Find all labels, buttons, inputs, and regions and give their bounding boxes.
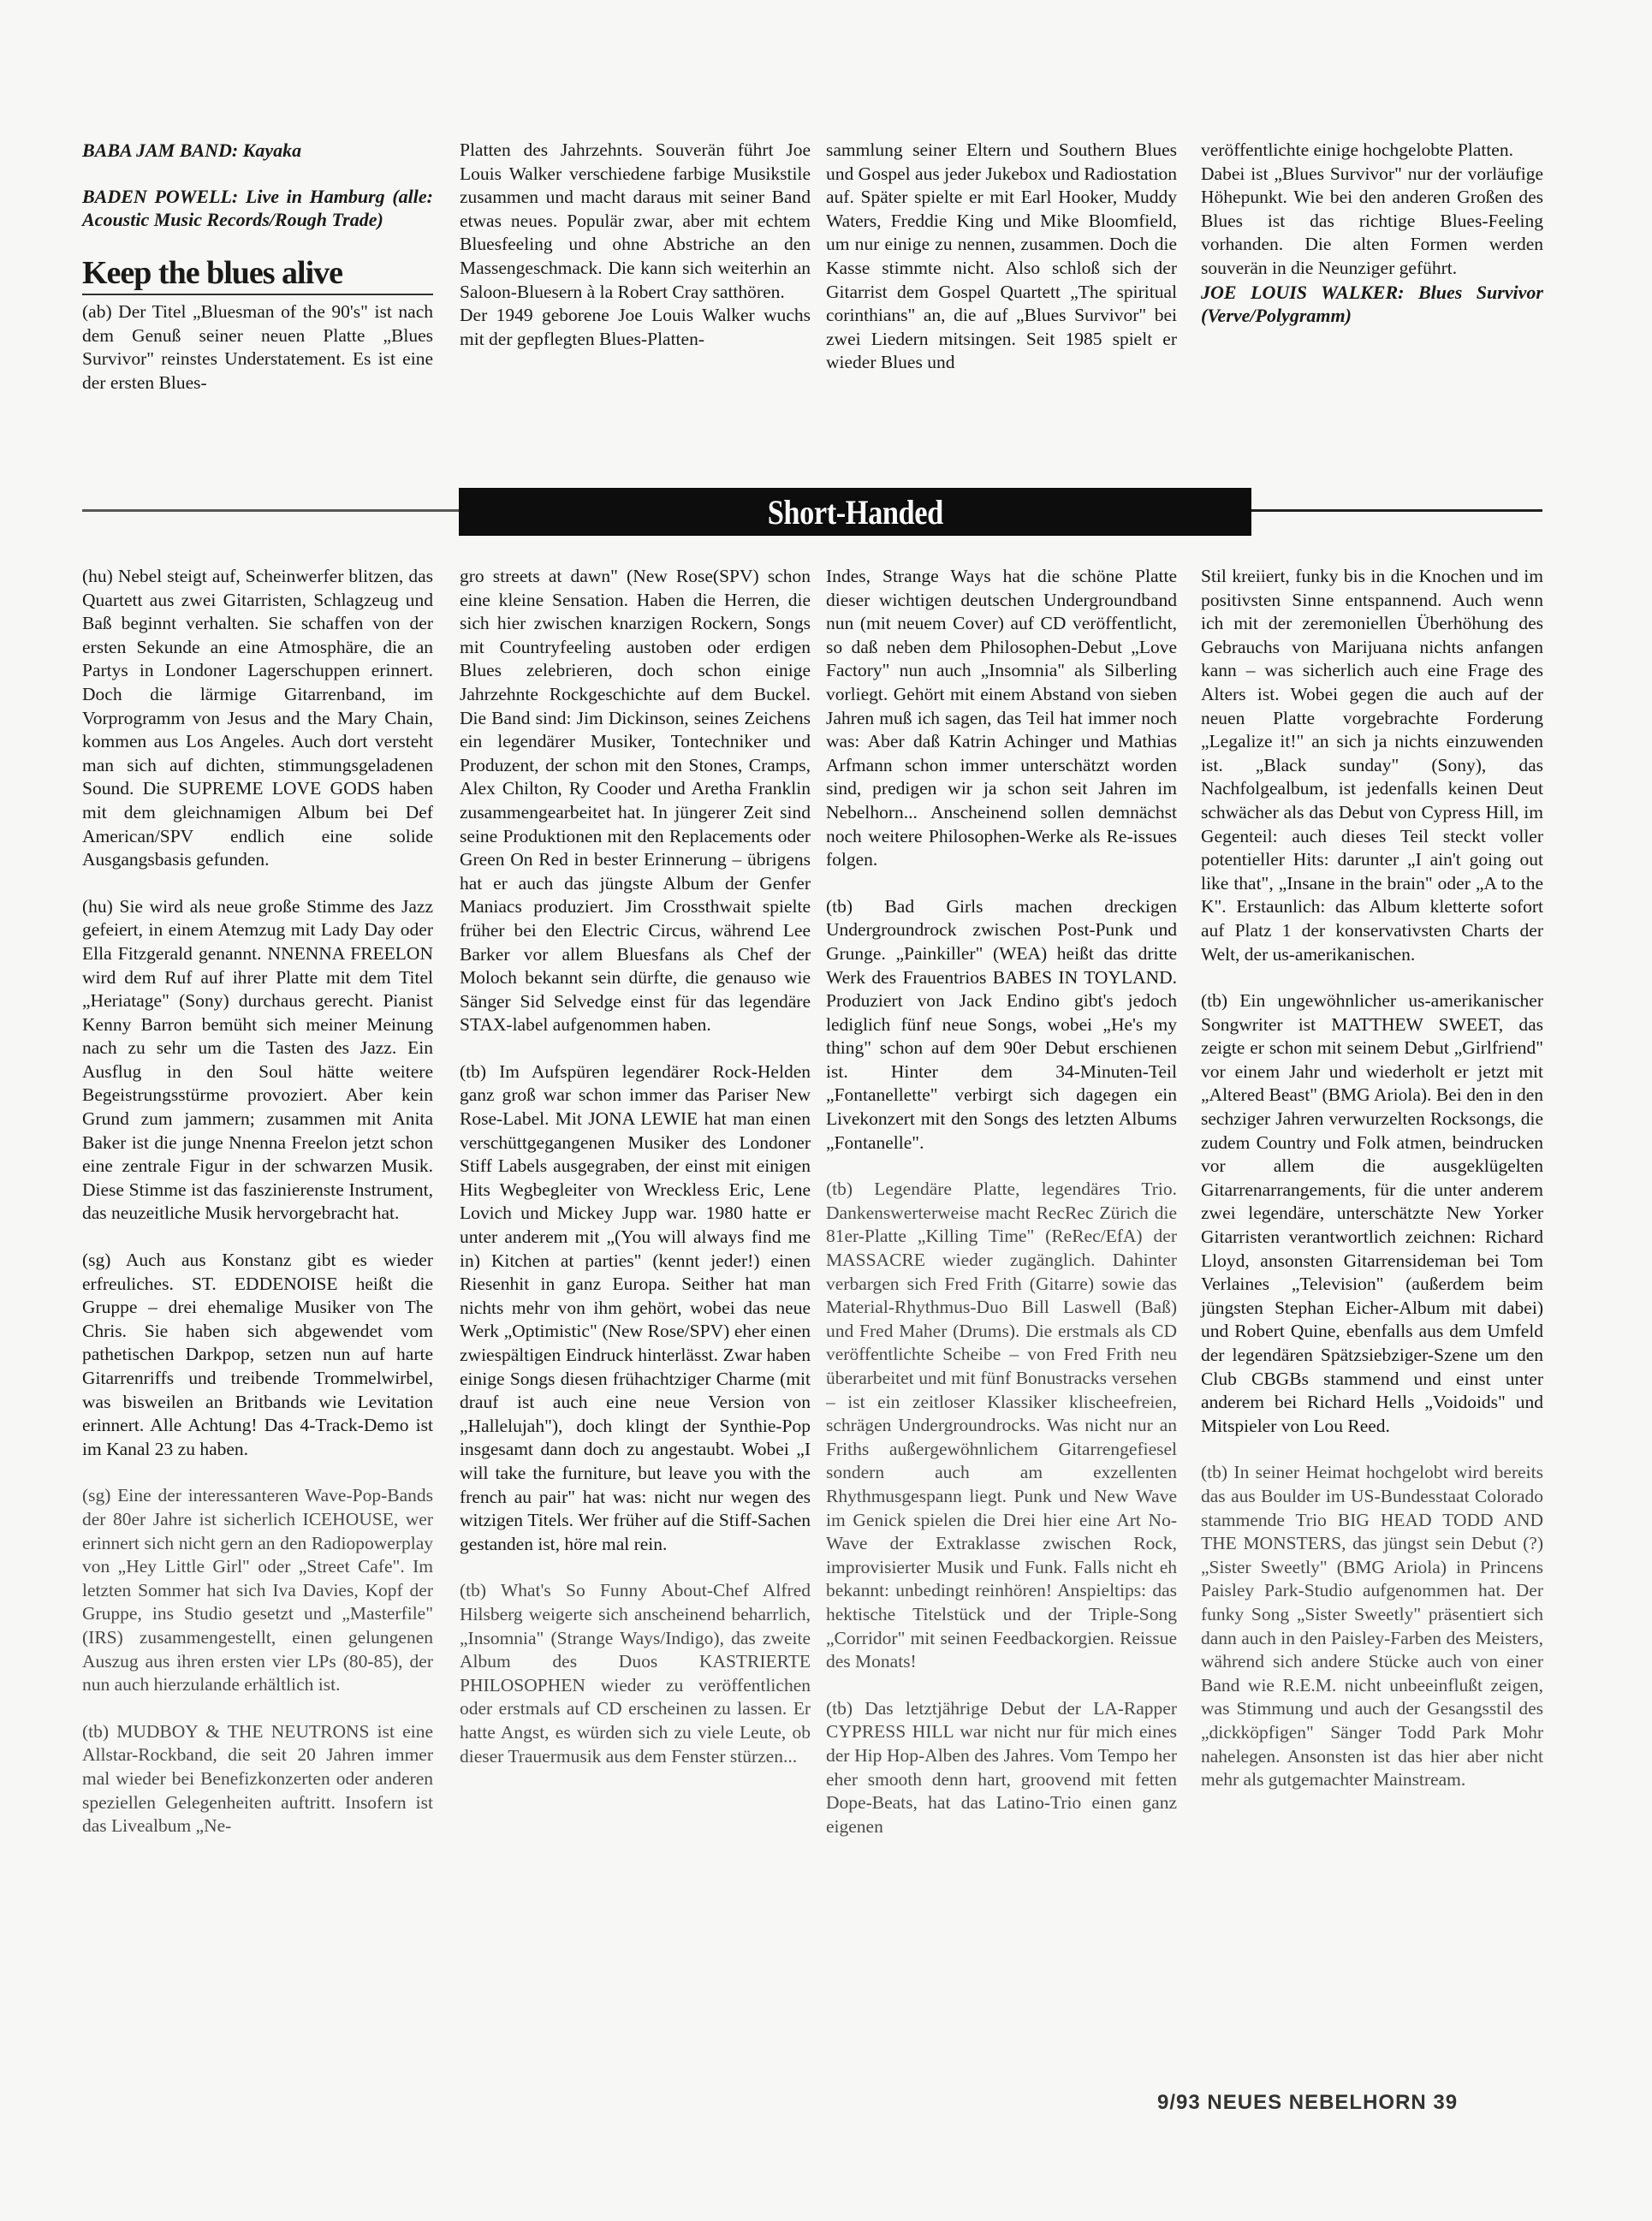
article-headline: Keep the blues alive: [82, 254, 433, 295]
section-divider-left: [82, 509, 459, 512]
review-column-2: gro streets at dawn" (New Rose(SPV) scho…: [460, 565, 811, 1791]
article-paragraph: Dabei ist „Blues Survivor" nur der vorlä…: [1201, 163, 1543, 281]
review-item: (tb) What's So Funny About-Chef Alfred H…: [460, 1579, 811, 1768]
page-footer: 9/93 NEUES NEBELHORN 39: [1157, 2091, 1458, 2115]
magazine-name: NEUES NEBELHORN: [1207, 2091, 1426, 2114]
review-item: (sg) Eine der interessanteren Wave-Pop-B…: [82, 1484, 433, 1696]
article-paragraph: sammlung seiner Eltern und Southern Blue…: [826, 139, 1177, 375]
top-article-col-2: Platten des Jahrzehnts. Souverän führt J…: [460, 139, 811, 351]
album-caption-joe-louis-walker: JOE LOUIS WALKER: Blues Survivor (Verve/…: [1201, 281, 1543, 327]
page-number: 39: [1433, 2091, 1458, 2114]
review-item: Stil kreiiert, funky bis in die Knochen …: [1201, 565, 1543, 966]
review-item: (tb) MUDBOY & THE NEUTRONS ist eine Alls…: [82, 1720, 433, 1838]
issue-number: 9/93: [1157, 2091, 1201, 2114]
review-item: (tb) Das letztjährige Debut der LA-Rappe…: [826, 1697, 1177, 1839]
album-caption-baden-powell: BADEN POWELL: Live in Hamburg (alle: Aco…: [82, 185, 433, 231]
review-item: (sg) Auch aus Konstanz gibt es wieder er…: [82, 1249, 433, 1461]
review-item: (tb) Ein ungewöhnlicher us-amerikanische…: [1201, 989, 1543, 1438]
review-item: Indes, Strange Ways hat die schöne Platt…: [826, 565, 1177, 872]
review-item: (tb) Legendäre Platte, legendäres Trio. …: [826, 1178, 1177, 1673]
review-column-3: Indes, Strange Ways hat die schöne Platt…: [826, 565, 1177, 1862]
review-item: (hu) Sie wird als neue große Stimme des …: [82, 895, 433, 1226]
article-paragraph: Platten des Jahrzehnts. Souverän führt J…: [460, 139, 811, 304]
review-item: (hu) Nebel steigt auf, Scheinwerfer blit…: [82, 565, 433, 872]
review-item: gro streets at dawn" (New Rose(SPV) scho…: [460, 565, 811, 1037]
top-article-col-3: sammlung seiner Eltern und Southern Blue…: [826, 139, 1177, 375]
article-paragraph: (ab) Der Titel „Bluesman of the 90's" is…: [82, 300, 433, 395]
review-item: (tb) Im Aufspüren legendärer Rock-Helden…: [460, 1060, 811, 1556]
section-title: Short-Handed: [767, 492, 942, 532]
review-item: (tb) Bad Girls machen dreckigen Undergro…: [826, 895, 1177, 1155]
article-paragraph: Der 1949 geborene Joe Louis Walker wuchs…: [460, 304, 811, 351]
album-caption-baba-jam-band: BABA JAM BAND: Kayaka: [82, 139, 433, 162]
section-banner: Short-Handed: [459, 488, 1251, 536]
article-paragraph: veröffentlichte einige hochgelobte Platt…: [1201, 139, 1543, 163]
review-column-1: (hu) Nebel steigt auf, Scheinwerfer blit…: [82, 565, 433, 1862]
top-article-col-1: BABA JAM BAND: Kayaka BADEN POWELL: Live…: [82, 139, 433, 395]
section-divider-right: [1251, 509, 1542, 512]
review-item: (tb) In seiner Heimat hochgelobt wird be…: [1201, 1461, 1543, 1791]
top-article-col-4: veröffentlichte einige hochgelobte Platt…: [1201, 139, 1543, 350]
review-column-4: Stil kreiiert, funky bis in die Knochen …: [1201, 565, 1543, 1815]
